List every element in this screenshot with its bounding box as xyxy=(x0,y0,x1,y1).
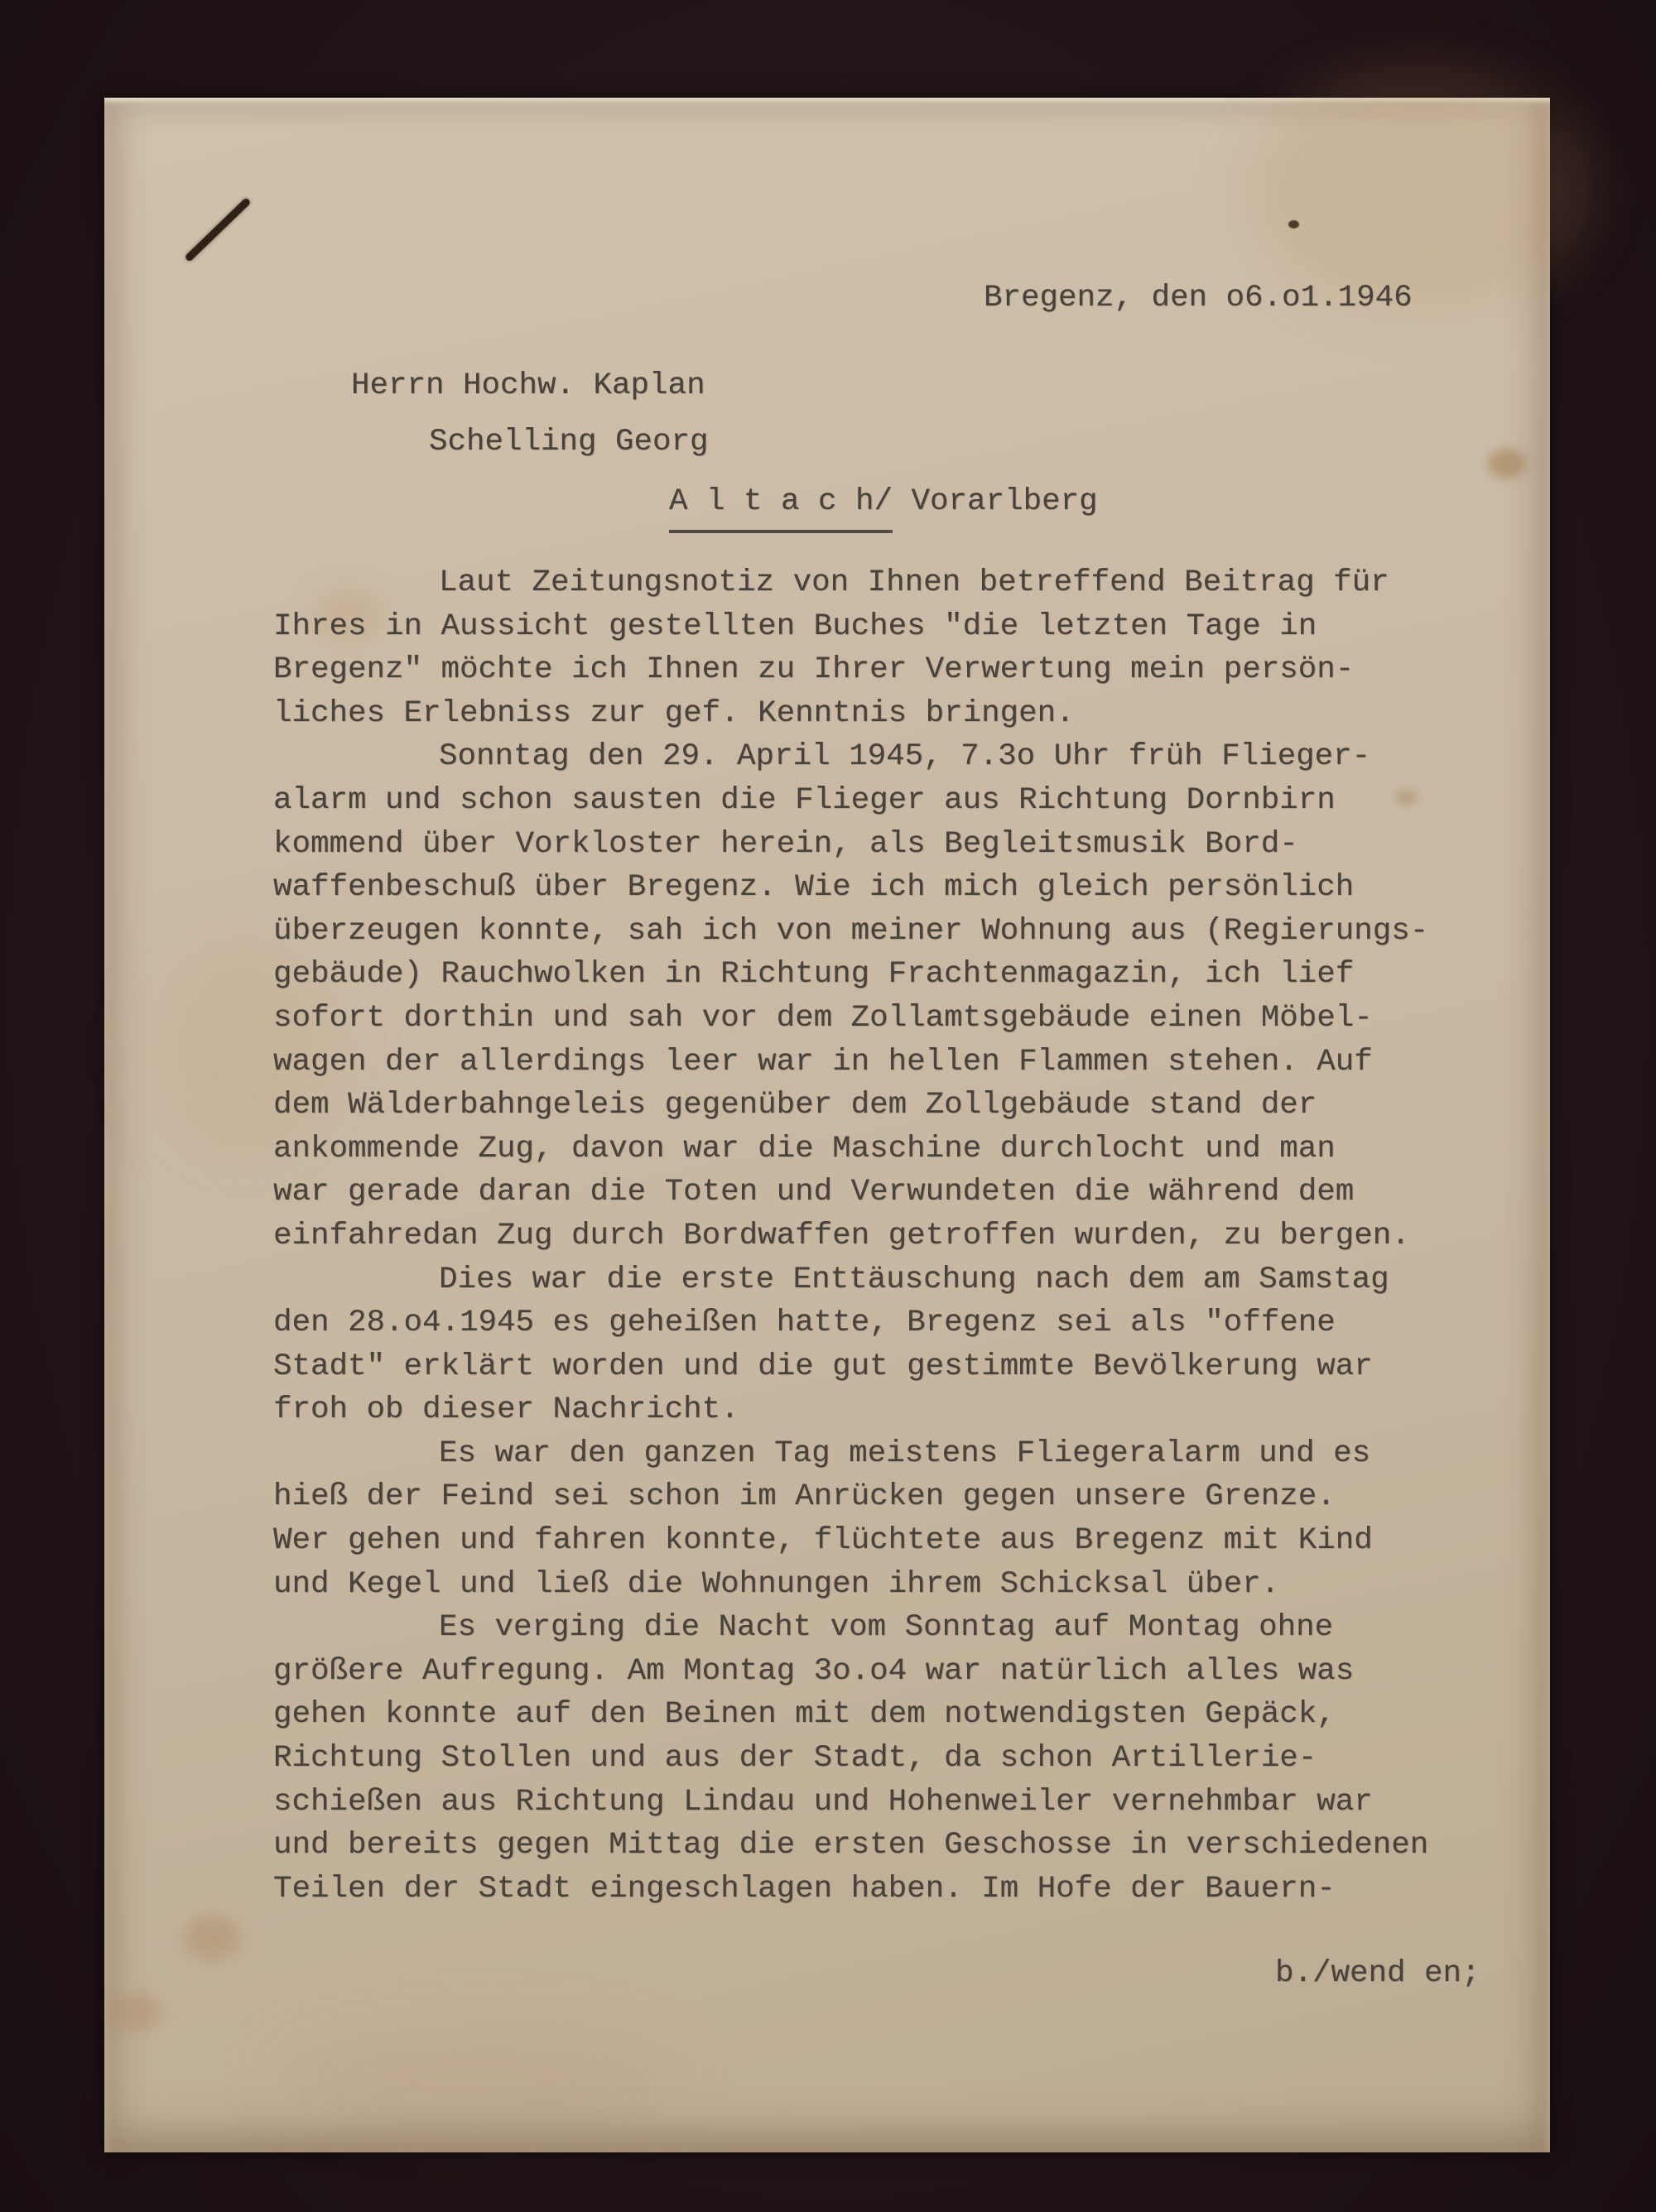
letter-body: Laut Zeitungsnotiz von Ihnen betreffend … xyxy=(273,561,1515,1911)
letter-line: überzeugen konnte, sah ich von meiner Wo… xyxy=(273,910,1515,954)
letter-line: schießen aus Richtung Lindau und Hohenwe… xyxy=(273,1781,1515,1825)
place-region: Vorarlberg xyxy=(893,484,1098,519)
letter-line: und bereits gegen Mittag die ersten Gesc… xyxy=(273,1824,1515,1868)
stain xyxy=(270,2027,684,2126)
letter-line: dem Wälderbahngeleis gegenüber dem Zollg… xyxy=(273,1084,1515,1128)
letter-line: ankommende Zug, davon war die Maschine d… xyxy=(273,1128,1515,1171)
recipient-name-line: Schelling Georg xyxy=(429,421,709,464)
letter-line: waffenbeschuß über Bregenz. Wie ich mich… xyxy=(273,866,1515,910)
letter-line: Teilen der Stadt eingeschlagen haben. Im… xyxy=(273,1868,1515,1911)
letter-line: Laut Zeitungsnotiz von Ihnen betreffend … xyxy=(273,561,1515,605)
letter-line: wagen der allerdings leer war in hellen … xyxy=(273,1041,1515,1084)
scan-background: Bregenz, den o6.o1.1946 Herrn Hochw. Kap… xyxy=(0,0,1656,2212)
place-underlined: A l t a c h/ xyxy=(669,480,893,533)
letter-line: Richtung Stollen und aus der Stadt, da s… xyxy=(273,1737,1515,1781)
letter-line: Ihres in Aussicht gestellten Buches "die… xyxy=(273,605,1515,649)
staple-mark xyxy=(184,197,251,262)
letter-line: Es war den ganzen Tag meistens Fliegeral… xyxy=(273,1432,1515,1476)
stain xyxy=(183,1915,241,1960)
letter-page: Bregenz, den o6.o1.1946 Herrn Hochw. Kap… xyxy=(104,98,1550,2152)
letter-line: den 28.o4.1945 es geheißen hatte, Bregen… xyxy=(273,1301,1515,1345)
stain xyxy=(1488,449,1526,478)
letter-line: gehen konnte auf den Beinen mit dem notw… xyxy=(273,1693,1515,1737)
letter-line: froh ob dieser Nachricht. xyxy=(273,1388,1515,1432)
letter-line: einfahredan Zug durch Bordwaffen getroff… xyxy=(273,1214,1515,1258)
letter-line: liches Erlebniss zur gef. Kenntnis bring… xyxy=(273,692,1515,736)
letter-line: hieß der Feind sei schon im Anrücken geg… xyxy=(273,1475,1515,1519)
dateline: Bregenz, den o6.o1.1946 xyxy=(984,276,1413,320)
ink-speck xyxy=(1288,220,1299,228)
turn-over-note: b./wend en; xyxy=(1275,1952,1480,1996)
letter-line: gebäude) Rauchwolken in Richtung Frachte… xyxy=(273,953,1515,997)
letter-line: Stadt" erklärt worden und die gut gestim… xyxy=(273,1345,1515,1389)
letter-line: Sonntag den 29. April 1945, 7.3o Uhr frü… xyxy=(273,735,1515,779)
letter-line: und Kegel und ließ die Wohnungen ihrem S… xyxy=(273,1563,1515,1607)
letter-line: alarm und schon sausten die Flieger aus … xyxy=(273,779,1515,823)
letter-line: Dies war die erste Enttäuschung nach dem… xyxy=(273,1258,1515,1302)
stain xyxy=(1247,65,1595,313)
stain xyxy=(113,1993,162,2031)
letter-line: sofort dorthin und sah vor dem Zollamtsg… xyxy=(273,997,1515,1041)
letter-line: Wer gehen und fahren konnte, flüchtete a… xyxy=(273,1519,1515,1563)
recipient-name-line: Herrn Hochw. Kaplan xyxy=(351,364,705,408)
place-line: A l t a c h/ Vorarlberg xyxy=(669,480,1098,533)
letter-line: kommend über Vorkloster herein, als Begl… xyxy=(273,823,1515,867)
letter-line: größere Aufregung. Am Montag 3o.o4 war n… xyxy=(273,1650,1515,1694)
letter-line: Bregenz" möchte ich Ihnen zu Ihrer Verwe… xyxy=(273,648,1515,692)
letter-line: war gerade daran die Toten und Verwundet… xyxy=(273,1171,1515,1214)
letter-line: Es verging die Nacht vom Sonntag auf Mon… xyxy=(273,1606,1515,1650)
